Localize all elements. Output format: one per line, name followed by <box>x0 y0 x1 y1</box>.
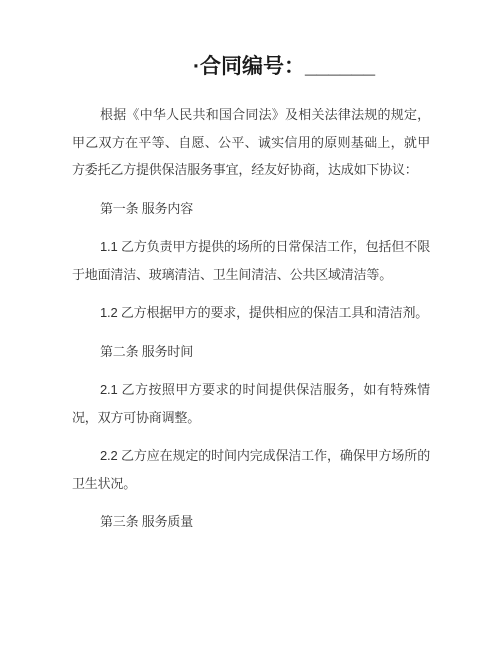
intro-paragraph: 根据《中华人民共和国合同法》及相关法律法规的规定，甲乙双方在平等、自愿、公平、诚… <box>72 101 430 184</box>
contract-title: ·合同编号：______ <box>105 52 463 82</box>
contract-body: 根据《中华人民共和国合同法》及相关法律法规的规定，甲乙双方在平等、自愿、公平、诚… <box>72 101 430 536</box>
section-3-heading: 第三条 服务质量 <box>72 508 430 536</box>
section-2-heading: 第二条 服务时间 <box>72 338 430 366</box>
clause-1-1: 1.1 乙方负责甲方提供的场所的日常保洁工作，包括但不限于地面清洁、玻璃清洁、卫… <box>72 233 430 288</box>
clause-2-2: 2.2 乙方应在规定的时间内完成保洁工作，确保甲方场所的卫生状况。 <box>72 442 430 497</box>
contract-title-text: ·合同编号： <box>193 55 305 78</box>
contract-page: ·合同编号：______ 根据《中华人民共和国合同法》及相关法律法规的规定，甲乙… <box>0 0 500 647</box>
clause-2-1: 2.1 乙方按照甲方要求的时间提供保洁服务，如有特殊情况，双方可协商调整。 <box>72 376 430 431</box>
clause-1-2: 1.2 乙方根据甲方的要求，提供相应的保洁工具和清洁剂。 <box>72 299 430 327</box>
contract-number-blank: ______ <box>305 55 375 78</box>
section-1-heading: 第一条 服务内容 <box>72 195 430 223</box>
